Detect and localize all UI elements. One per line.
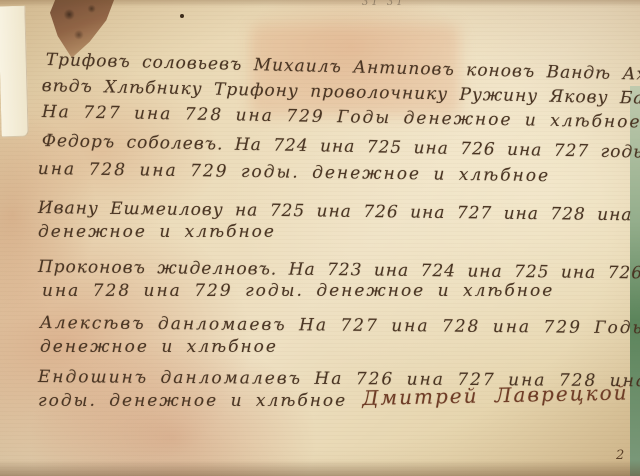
ink-stain	[50, 0, 114, 58]
manuscript-line: денежное и хлѣбное	[40, 337, 278, 357]
page-edge-shadow-bottom	[0, 460, 640, 476]
pencil-mark: 31 31	[362, 0, 406, 8]
manuscript-line: ина 728 ина 729 годы. денежное и хлѣбное	[38, 159, 551, 186]
page-edge-shadow-top	[0, 0, 640, 7]
manuscript-line: ина 728 ина 729 годы. денежное и хлѣбное	[42, 281, 554, 301]
folio-number: 2	[616, 448, 624, 463]
manuscript-line: годы. денежное и хлѣбное	[38, 391, 347, 411]
manuscript-line: Алексѣвъ данломаевъ На 727 ина 728 ина 7…	[40, 313, 640, 338]
ink-speck	[180, 14, 184, 18]
adjacent-page-edge	[0, 6, 29, 138]
manuscript-scan: 31 31 Трифовъ соловьевъ Михаилъ Антиповъ…	[0, 0, 640, 476]
manuscript-line: денежное и хлѣбное	[38, 222, 276, 242]
